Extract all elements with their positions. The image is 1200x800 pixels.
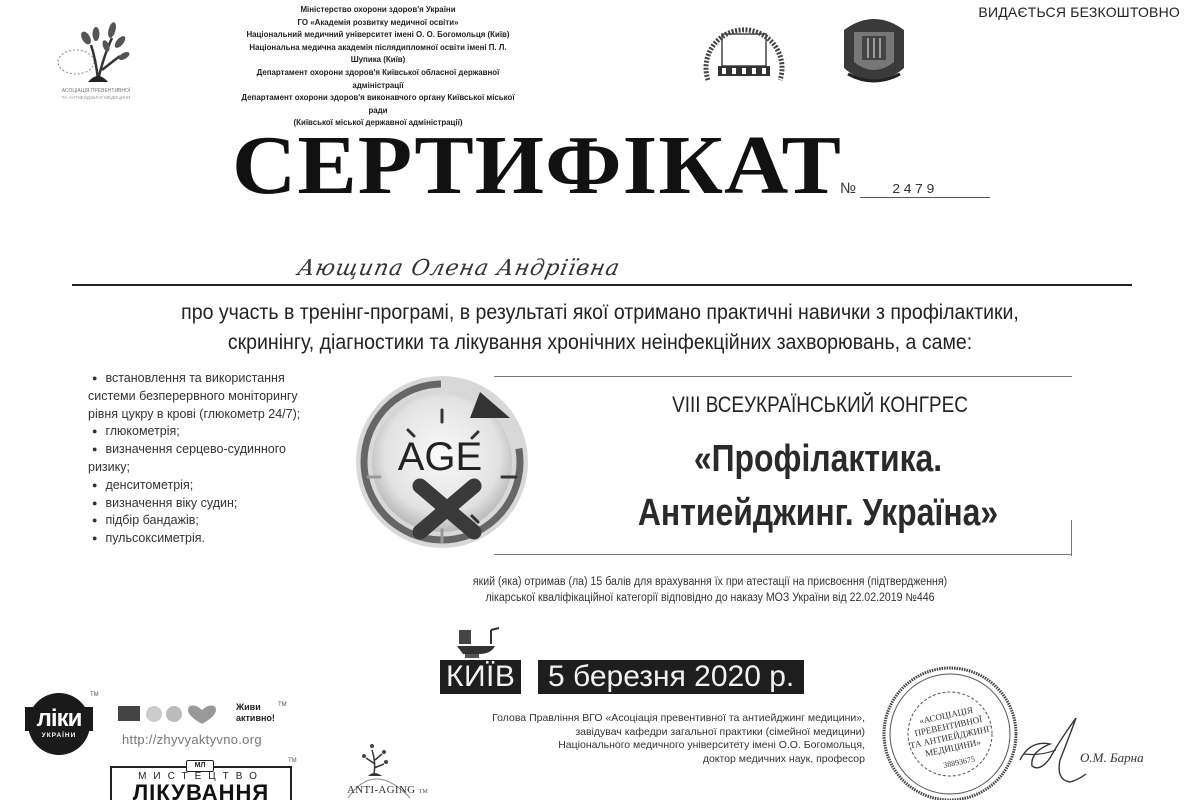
org-line: Департамент охорони здоров'я виконавчого… [240, 91, 516, 116]
trademark-mark: TM [418, 789, 428, 795]
liky-logo-subtext: УКРАЇНИ [28, 732, 90, 739]
zhyvy-aktyvno-text: Живи активно! [236, 702, 275, 724]
org-line: Міністерство охорони здоров'я України [240, 3, 516, 16]
skills-list: встановлення та використання системи без… [88, 370, 348, 548]
kyiv-boat-icon [455, 624, 505, 662]
credential-line: завідувач кафедри загальної практики (сі… [480, 726, 865, 740]
official-stamp: «АСОЦІАЦІЯ ПРЕВЕНТИВНОЇ ТА АНТИЕЙДЖИНГ М… [875, 662, 1025, 800]
likuvannia-line: ЛІКУВАННЯ [112, 782, 290, 800]
handwritten-signature [1010, 710, 1090, 790]
list-item-continuation: ризику; [88, 459, 348, 477]
org-line: Національний медичний університет імені … [240, 28, 516, 41]
anti-aging-label: ANTI-AGING [347, 784, 415, 796]
congress-title-line: Антиейджинг. Україна» [591, 486, 1045, 540]
points-line: який (яка) отримав (ла) 15 балів для вра… [388, 574, 1032, 590]
free-of-charge-note: ВИДАЄТЬСЯ БЕЗКОШТОВНО [978, 4, 1180, 20]
trademark-mark: TM [288, 758, 297, 764]
congress-divider-side [1071, 520, 1072, 556]
event-city: КИЇВ [440, 660, 521, 694]
congress-divider-bottom [494, 554, 1072, 555]
certificate-number: № 2479 [840, 178, 990, 200]
list-item: встановлення та використання [92, 370, 348, 388]
intro-line: скринінгу, діагностики та лікування хрон… [98, 328, 1102, 358]
svg-text:ТА АНТИЕЙДЖИНГ МЕДИЦИНИ: ТА АНТИЕЙДЖИНГ МЕДИЦИНИ [62, 93, 131, 100]
credential-line: Голова Правління ВГО «Асоціація превенти… [480, 712, 865, 726]
list-item: глюкометрія; [92, 423, 348, 441]
zhyvy-line: Живи [236, 702, 275, 713]
coat-of-arms-icon [838, 10, 910, 94]
ml-badge: МЛ [186, 760, 214, 772]
credential-line: доктор медичних наук, професор [480, 753, 865, 767]
zhyvy-aktyvno-icons [118, 702, 218, 724]
signatory-name: О.М. Барна [1080, 750, 1144, 766]
list-item: пульсоксиметрія. [92, 530, 348, 548]
org-line: ГО «Академія розвитку медичної освіти» [240, 16, 516, 29]
association-tree-logo: АСОЦІАЦІЯ ПРЕВЕНТИВНОЇ ТА АНТИЕЙДЖИНГ МЕ… [46, 10, 146, 104]
cme-points-statement: який (яка) отримав (ла) 15 балів для вра… [388, 574, 1032, 606]
zhyvy-line: активно! [236, 713, 275, 724]
recipient-name: Ающипа Олена Андріївна [295, 256, 622, 281]
signatory-credentials: Голова Правління ВГО «Асоціація превенти… [480, 712, 865, 766]
event-date: 5 березня 2020 р. [538, 660, 804, 694]
certificate-title: СЕРТИФІКАТ [232, 124, 842, 208]
age-logo-text: AGE [398, 435, 482, 479]
org-line: Національна медична академія післядиплом… [240, 41, 516, 66]
trademark-mark: TM [278, 702, 287, 708]
trademark-mark: TM [90, 692, 99, 698]
congress-title: «Профілактика. Антиейджинг. Україна» [591, 432, 1045, 540]
stamp-code: 38893675 [942, 755, 975, 770]
organizations-header: Міністерство охорони здоров'я України ГО… [240, 3, 516, 129]
anti-aging-text: ANTI-AGING TM [347, 784, 428, 796]
org-line: Департамент охорони здоров'я Київської о… [240, 66, 516, 91]
number-sign: № [840, 180, 856, 197]
points-line: лікарської кваліфікаційної категорії від… [388, 590, 1032, 606]
liky-ukrainy-logo: ліки УКРАЇНИ [28, 693, 90, 755]
list-item: підбір бандажів; [92, 512, 348, 530]
congress-title-line: «Профілактика. [591, 432, 1045, 486]
zhyvy-aktyvno-url: http://zhyvyaktyvno.org [122, 732, 262, 747]
congress-divider-top [494, 376, 1072, 377]
intro-line: про участь в тренінг-програмі, в результ… [98, 298, 1102, 328]
list-item: визначення віку судин; [92, 495, 348, 513]
number-value: 2479 [892, 182, 938, 198]
list-item: денситометрія; [92, 477, 348, 495]
credential-line: Національного медичного університету іме… [480, 739, 865, 753]
congress-subtitle: VIII ВСЕУКРАЇНСЬКИЙ КОНГРЕС [596, 392, 1043, 418]
svg-text:АСОЦІАЦІЯ ПРЕВЕНТИВНОЇ: АСОЦІАЦІЯ ПРЕВЕНТИВНОЇ [62, 87, 131, 94]
list-item-continuation: рівня цукру в крові (глюкометр 24/7); [88, 406, 348, 424]
age-x-logo: AGE [352, 370, 532, 550]
list-item: визначення серцево-судинного [92, 441, 348, 459]
university-seal-icon [700, 14, 788, 90]
list-item-continuation: системи безперервного моніторингу [88, 388, 348, 406]
participation-statement: про участь в тренінг-програмі, в результ… [98, 298, 1102, 358]
recipient-name-underline [72, 284, 1132, 286]
liky-logo-text: ліки [25, 707, 93, 731]
